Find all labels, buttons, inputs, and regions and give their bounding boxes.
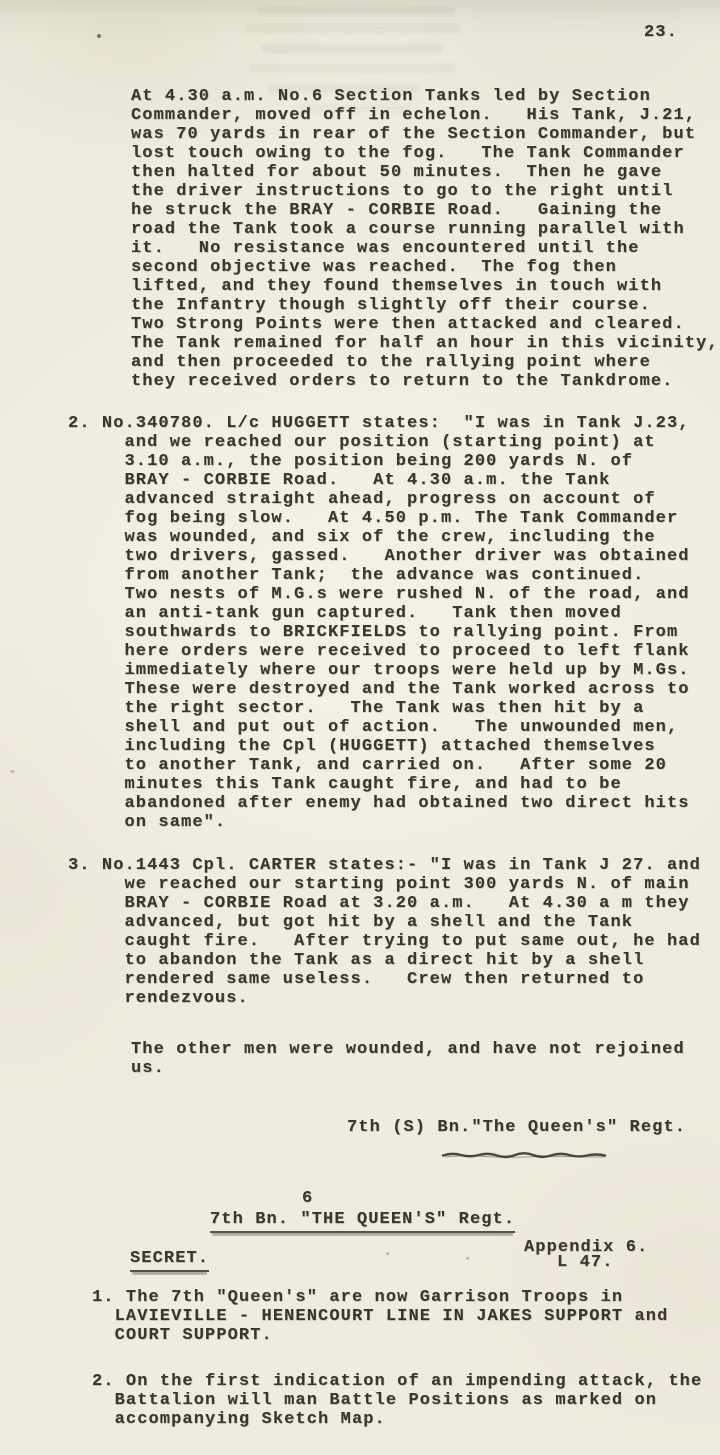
appendix-item-2: 2. On the first indication of an impendi…	[92, 1372, 702, 1429]
signature-divider-rule	[441, 1151, 609, 1159]
security-classification: SECRET.	[130, 1249, 209, 1272]
paper-bleedthrough	[250, 64, 455, 73]
paper-speck	[386, 1252, 389, 1255]
reference-number: L 47.	[557, 1253, 614, 1272]
appendix-item-1: 1. The 7th "Queen's" are now Garrison Tr…	[92, 1288, 668, 1345]
page-number: 23.	[644, 23, 678, 42]
report-paragraph-1: At 4.30 a.m. No.6 Section Tanks led by S…	[131, 87, 719, 391]
appendix-page-number: 6	[302, 1189, 313, 1208]
paper-bleedthrough	[258, 6, 454, 15]
appendix-title: 7th Bn. "THE QUEEN'S" Regt.	[210, 1210, 515, 1233]
paper-bleedthrough	[246, 24, 460, 33]
paper-speck	[97, 34, 101, 38]
document-page: 23. At 4.30 a.m. No.6 Section Tanks led …	[0, 0, 720, 1455]
unit-signature: 7th (S) Bn."The Queen's" Regt.	[347, 1118, 686, 1137]
witness-statement-3: 3. No.1443 Cpl. CARTER states:- "I was i…	[68, 856, 701, 1008]
paper-speck	[466, 1257, 469, 1260]
paper-bleedthrough	[262, 44, 442, 53]
witness-statement-2: 2. No.340780. L/c HUGGETT states: "I was…	[68, 414, 690, 832]
paper-speck	[10, 770, 15, 773]
closing-note: The other men were wounded, and have not…	[131, 1040, 685, 1078]
